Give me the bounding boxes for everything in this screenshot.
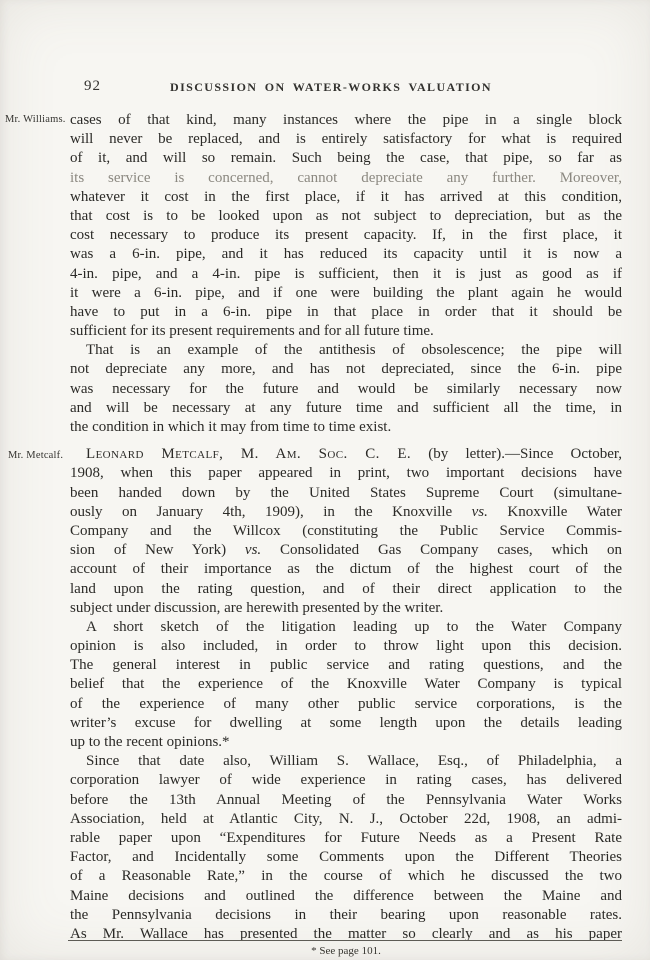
text-line: The general interest in public service a… <box>70 656 622 675</box>
versus-italic: vs. <box>245 542 261 558</box>
text-line: the Pennsylvania decisions in their bear… <box>70 906 622 925</box>
text-line: will never be replaced, and is entirely … <box>70 130 622 149</box>
page-header: 92 DISCUSSION ON WATER-WORKS VALUATION <box>70 78 622 98</box>
text-line: 1908, when this paper appeared in print,… <box>70 464 622 483</box>
text-line: A short sketch of the litigation leading… <box>70 618 622 637</box>
text-line: cases of that kind, many instances where… <box>70 111 622 130</box>
text-line: Maine decisions and outlined the differe… <box>70 887 622 906</box>
text-line: Association, held at Atlantic City, N. J… <box>70 810 622 829</box>
text-line: that cost is to be looked upon as not su… <box>70 207 622 226</box>
text-line: Leonard Metcalf, M. Am. Soc. C. E. (by l… <box>70 445 622 464</box>
text-line: account of their importance as the dictu… <box>70 560 622 579</box>
text-line: belief that the experience of the Knoxvi… <box>70 675 622 694</box>
text-line: That is an example of the antithesis of … <box>70 341 622 360</box>
footnote-rule <box>68 940 622 941</box>
text-line: of a Reasonable Rate,” in the course of … <box>70 867 622 886</box>
footnote: * See page 101. <box>70 945 622 957</box>
text-line: and will be necessary at any future time… <box>70 399 622 418</box>
text-line: Since that date also, William S. Wallace… <box>70 752 622 771</box>
text-segment: (by letter).—Since October, <box>411 446 622 462</box>
text-line: land upon the rating question, and of th… <box>70 580 622 599</box>
text-line: up to the recent opinions.* <box>70 733 622 752</box>
text-line: was necessary for the future and would b… <box>70 380 622 399</box>
text-line: of it, and will so remain. Such being th… <box>70 149 622 168</box>
running-title: DISCUSSION ON WATER-WORKS VALUATION <box>70 80 622 95</box>
text-line: writer’s excuse for dwelling at some len… <box>70 714 622 733</box>
text-column: cases of that kind, many instances where… <box>70 111 622 944</box>
text-line: cost necessary to produce its present ca… <box>70 226 622 245</box>
text-line: subject under discussion, are herewith p… <box>70 599 622 618</box>
text-line: was a 6-in. pipe, and it has reduced its… <box>70 245 622 264</box>
text-line: not depreciate any more, and has not dep… <box>70 360 622 379</box>
text-line: opinion is also included, in order to th… <box>70 637 622 656</box>
text-line: Factor, and Incidentally some Comments u… <box>70 848 622 867</box>
text-segment: sion of New York) <box>70 542 245 558</box>
versus-italic: vs. <box>472 504 488 520</box>
margin-note-williams: Mr. Williams. <box>5 114 66 125</box>
text-line: Company and the Willcox (constituting th… <box>70 522 622 541</box>
margin-note-metcalf: Mr. Metcalf. <box>8 450 63 461</box>
text-segment: Knoxville Water <box>488 504 622 520</box>
text-line: sufficient for its present requirements … <box>70 322 622 341</box>
text-line: of the experience of many other public s… <box>70 695 622 714</box>
text-line: have to put in a 6-in. pipe in that plac… <box>70 303 622 322</box>
text-line: corporation lawyer of wide experience in… <box>70 771 622 790</box>
text-line: rable paper upon “Expenditures for Futur… <box>70 829 622 848</box>
text-line: its service is concerned, cannot depreci… <box>70 169 622 188</box>
text-line: it were a 6-in. pipe, and if one were bu… <box>70 284 622 303</box>
text-line: whatever it cost in the first place, if … <box>70 188 622 207</box>
text-line: 4-in. pipe, and a 4-in. pipe is sufficie… <box>70 265 622 284</box>
text-line: the condition in which it may from time … <box>70 418 622 437</box>
book-page: 92 DISCUSSION ON WATER-WORKS VALUATION M… <box>0 0 650 960</box>
text-segment: Consolidated Gas Company cases, which on <box>261 542 622 558</box>
text-line: ously on January 4th, 1909), in the Knox… <box>70 503 622 522</box>
text-line: sion of New York) vs. Consolidated Gas C… <box>70 541 622 560</box>
text-line: before the 13th Annual Meeting of the Pe… <box>70 791 622 810</box>
text-segment: ously on January 4th, 1909), in the Knox… <box>70 504 472 520</box>
text-line: As Mr. Wallace has presented the matter … <box>70 925 622 944</box>
text-line: been handed down by the United States Su… <box>70 484 622 503</box>
speaker-smallcaps: Leonard Metcalf, M. Am. Soc. C. E. <box>86 446 411 462</box>
